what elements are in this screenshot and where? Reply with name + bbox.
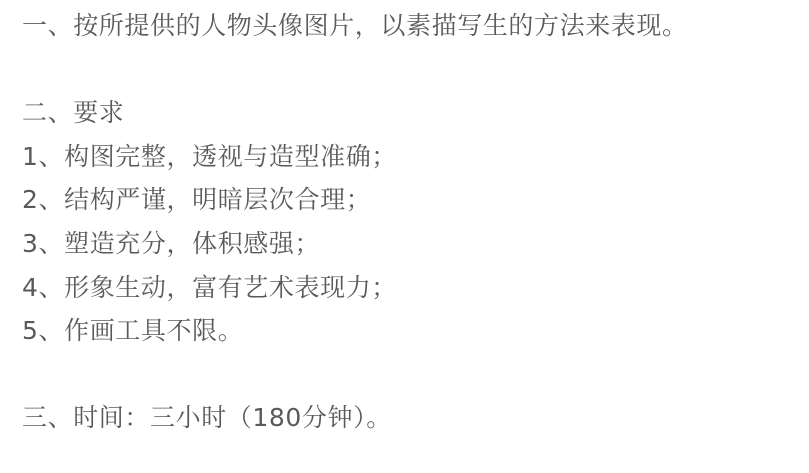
- requirement-item: 4、形象生动，富有艺术表现力；: [22, 266, 688, 310]
- section-2-heading: 二、要求: [22, 91, 688, 135]
- exam-instructions: 一、按所提供的人物头像图片，以素描写生的方法来表现。 二、要求 1、构图完整，透…: [22, 4, 688, 440]
- spacer: [22, 353, 688, 397]
- requirement-item: 5、作画工具不限。: [22, 309, 688, 353]
- requirement-item: 3、塑造充分，体积感强；: [22, 222, 688, 266]
- section-1-task: 一、按所提供的人物头像图片，以素描写生的方法来表现。: [22, 4, 688, 48]
- section-3-time: 三、时间：三小时（180分钟）。: [22, 396, 688, 440]
- requirement-item: 2、结构严谨，明暗层次合理；: [22, 178, 688, 222]
- spacer: [22, 48, 688, 92]
- requirement-item: 1、构图完整，透视与造型准确；: [22, 135, 688, 179]
